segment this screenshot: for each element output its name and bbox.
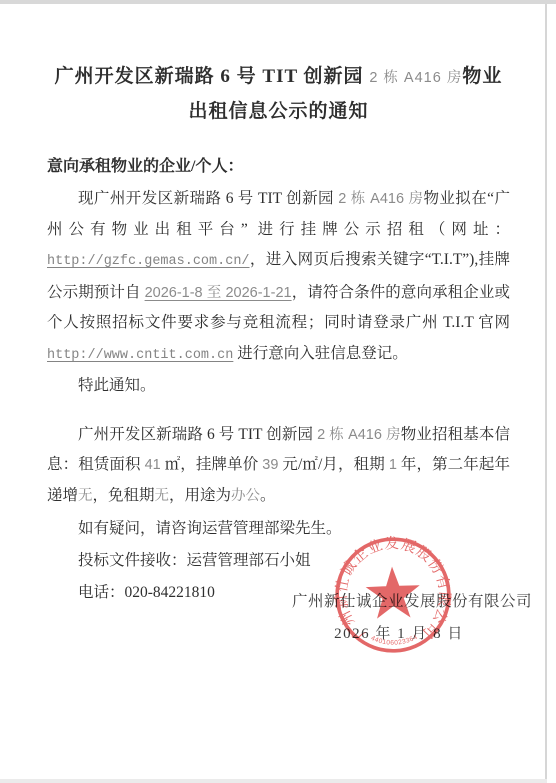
area-value: 41 bbox=[145, 457, 161, 473]
scan-edge-right bbox=[545, 4, 547, 783]
info-text-3: ㎡，挂牌单价 bbox=[161, 456, 263, 473]
info-text-7: ，用途为 bbox=[169, 487, 231, 504]
info-text-4: 元/㎡/月，租期 bbox=[278, 456, 388, 473]
paragraph-hereby-notice: 特此通知。 bbox=[47, 371, 510, 402]
info-text-6: ，免租期 bbox=[93, 487, 155, 504]
listing-period-dates: 2026-1-8 至 2026-1-21 bbox=[145, 285, 292, 301]
gzfc-url-link[interactable]: http://gzfc.gemas.com.cn/ bbox=[47, 254, 250, 269]
signature-block: 广州新仕诚企业发展股份有限公司 2026 年 1 月 8 日 bbox=[292, 586, 506, 650]
paragraph-notice: 现广州开发区新瑞路 6 号 TIT 创新园 2 栋 A416 房物业拟在“广州公… bbox=[47, 184, 510, 371]
bid-receiver-line: 投标文件接收：运营管理部石小姐 bbox=[47, 545, 510, 577]
notice-room-value: 2 栋 A416 房 bbox=[338, 191, 423, 207]
info-text-1: 广州开发区新瑞路 6 号 TIT 创新园 bbox=[78, 426, 317, 443]
notice-title: 广州开发区新瑞路 6 号 TIT 创新园 2 栋 A416 房物业 出租信息公示… bbox=[47, 60, 510, 129]
title-line-1: 广州开发区新瑞路 6 号 TIT 创新园 2 栋 A416 房物业 bbox=[47, 60, 510, 95]
signature-company-name: 广州新仕诚企业发展股份有限公司 bbox=[292, 586, 506, 618]
lease-term-value: 1 bbox=[389, 457, 397, 473]
scan-edge-bottom bbox=[0, 779, 547, 783]
usage-value: 办公 bbox=[231, 488, 260, 504]
document-body: 广州开发区新瑞路 6 号 TIT 创新园 2 栋 A416 房物业 出租信息公示… bbox=[47, 60, 510, 609]
annual-increase-value: 无 bbox=[78, 488, 93, 504]
title-text-prefix: 广州开发区新瑞路 6 号 TIT 创新园 bbox=[55, 66, 370, 87]
scanned-notice-page: 广州开发区新瑞路 6 号 TIT 创新园 2 栋 A416 房物业 出租信息公示… bbox=[0, 0, 556, 783]
notice-text-5: 进行意向入驻信息登记。 bbox=[233, 345, 407, 362]
scan-edge-top bbox=[0, 0, 556, 4]
unit-price-value: 39 bbox=[262, 457, 278, 473]
title-line-2: 出租信息公示的通知 bbox=[47, 95, 510, 129]
title-text-suffix: 物业 bbox=[462, 66, 502, 87]
contact-inquiry-line: 如有疑问，请咨询运营管理部梁先生。 bbox=[47, 513, 510, 545]
salutation: 意向承租物业的企业/个人： bbox=[47, 153, 510, 176]
paragraph-listing-info: 广州开发区新瑞路 6 号 TIT 创新园 2 栋 A416 房物业招租基本信息：… bbox=[47, 420, 510, 512]
rent-free-value: 无 bbox=[155, 488, 170, 504]
info-room-value: 2 栋 A416 房 bbox=[317, 427, 401, 443]
info-text-8: 。 bbox=[260, 487, 276, 504]
title-room-value: 2 栋 A416 房 bbox=[369, 70, 462, 86]
signature-date: 2026 年 1 月 8 日 bbox=[292, 618, 506, 650]
notice-text-1: 现广州开发区新瑞路 6 号 TIT 创新园 bbox=[78, 190, 338, 207]
cntit-url-link[interactable]: http://www.cntit.com.cn bbox=[47, 348, 233, 363]
